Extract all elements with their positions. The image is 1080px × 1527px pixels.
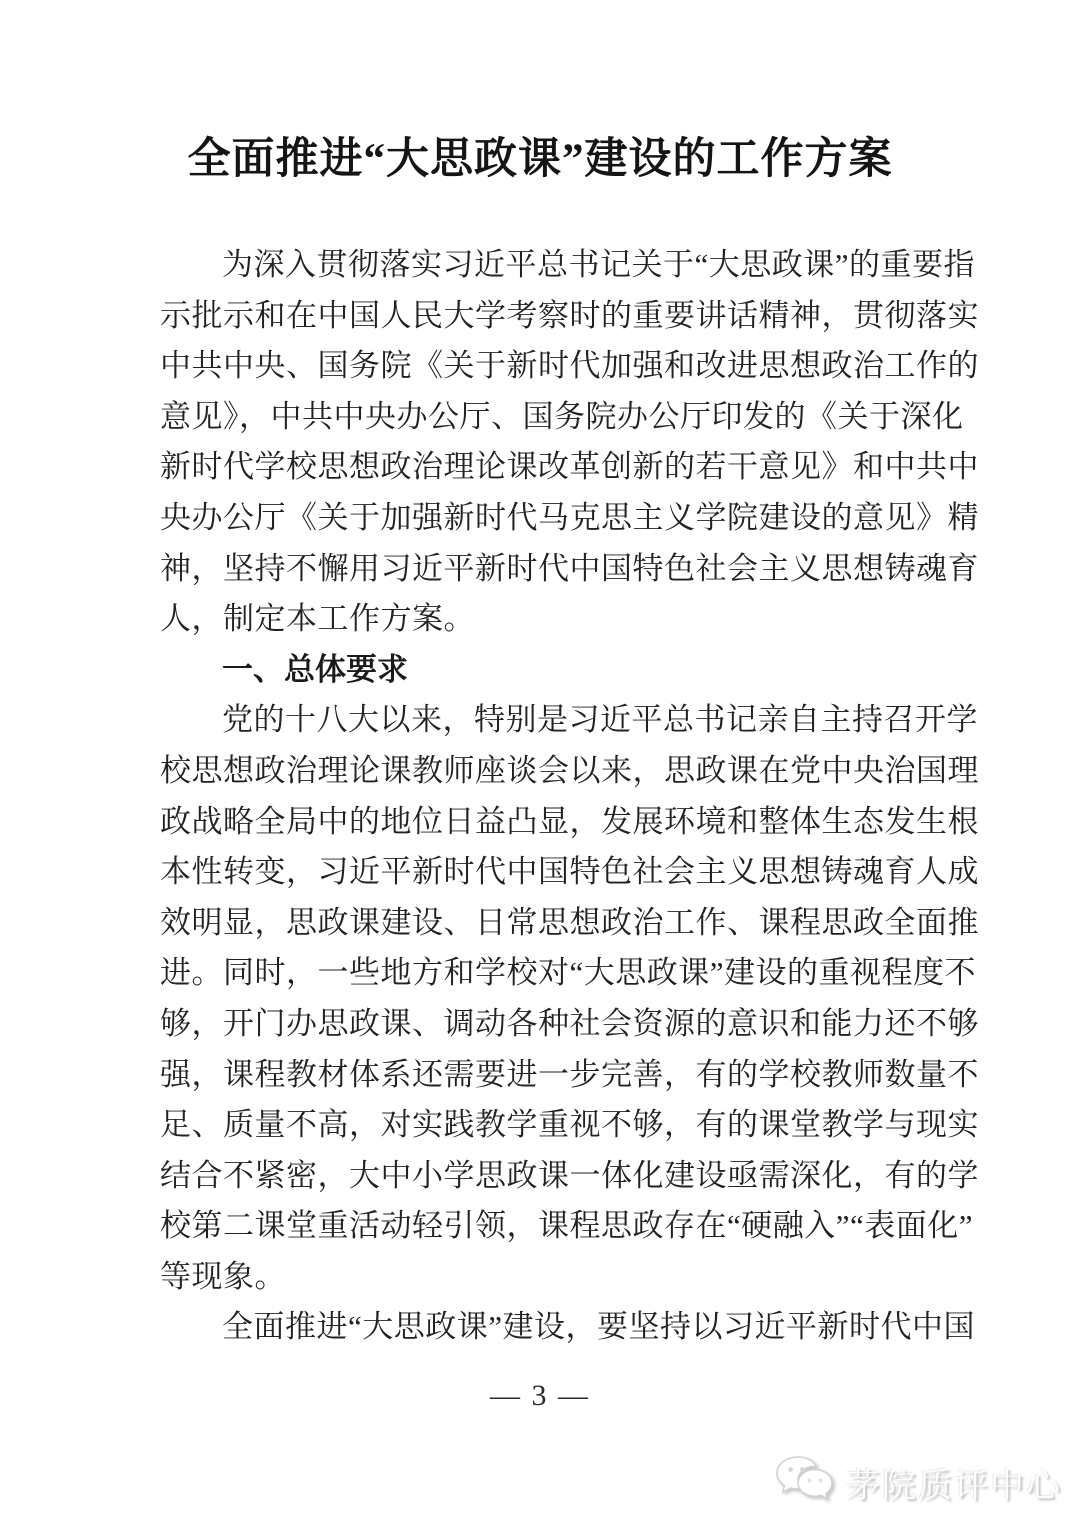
text-line: 够，开门办思政课、调动各种社会资源的意识和能力还不够 <box>160 999 920 1050</box>
text-line: 神，坚持不懈用习近平新时代中国特色社会主义思想铸魂育 <box>160 544 920 595</box>
intro-paragraph: 为深入贯彻落实习近平总书记关于“大思政课”的重要指 示批示和在中国人民大学考察时… <box>160 240 920 645</box>
page-number: — 3 — <box>0 1379 1080 1413</box>
text-line: 效明显，思政课建设、日常思想政治工作、课程思政全面推 <box>160 898 920 949</box>
text-line: 中共中央、国务院《关于新时代加强和改进思想政治工作的 <box>160 341 920 392</box>
watermark: 茅院质评中心 <box>774 1454 1062 1511</box>
text-line: 央办公厅《关于加强新时代马克思主义学院建设的意见》精 <box>160 493 920 544</box>
text-line: 政战略全局中的地位日益凸显，发展环境和整体生态发生根 <box>160 797 920 848</box>
page-title: 全面推进“大思政课”建设的工作方案 <box>0 0 1080 186</box>
text-line: 校第二课堂重活动轻引领，课程思政存在“硬融入”“表面化” <box>160 1201 920 1252</box>
text-line: 示批示和在中国人民大学考察时的重要讲话精神，贯彻落实 <box>160 291 920 342</box>
text-line: 等现象。 <box>160 1252 920 1303</box>
overall-requirements-paragraph: 党的十八大以来，特别是习近平总书记亲自主持召开学 校思想政治理论课教师座谈会以来… <box>160 695 920 1302</box>
closing-paragraph-start: 全面推进“大思政课”建设，要坚持以习近平新时代中国 <box>160 1302 920 1353</box>
text-line: 新时代学校思想政治理论课改革创新的若干意见》和中共中 <box>160 442 920 493</box>
text-line: 本性转变，习近平新时代中国特色社会主义思想铸魂育人成 <box>160 847 920 898</box>
text-line: 党的十八大以来，特别是习近平总书记亲自主持召开学 <box>160 695 920 746</box>
document-page: 全面推进“大思政课”建设的工作方案 为深入贯彻落实习近平总书记关于“大思政课”的… <box>0 0 1080 1527</box>
text-line: 足、质量不高，对实践教学重视不够，有的课堂教学与现实 <box>160 1100 920 1151</box>
text-line: 结合不紧密，大中小学思政课一体化建设亟需深化，有的学 <box>160 1151 920 1202</box>
text-line: 强，课程教材体系还需要进一步完善，有的学校教师数量不 <box>160 1050 920 1101</box>
text-line: 全面推进“大思政课”建设，要坚持以习近平新时代中国 <box>160 1302 920 1353</box>
section-heading-overall-requirements: 一、总体要求 <box>160 645 920 696</box>
text-line: 校思想政治理论课教师座谈会以来，思政课在党中央治国理 <box>160 746 920 797</box>
watermark-label: 茅院质评中心 <box>846 1458 1062 1507</box>
text-line: 人，制定本工作方案。 <box>160 594 920 645</box>
text-line: 为深入贯彻落实习近平总书记关于“大思政课”的重要指 <box>160 240 920 291</box>
document-body: 为深入贯彻落实习近平总书记关于“大思政课”的重要指 示批示和在中国人民大学考察时… <box>160 240 920 1353</box>
text-line: 意见》，中共中央办公厅、国务院办公厅印发的《关于深化 <box>160 392 920 443</box>
wechat-logo-icon <box>774 1454 836 1511</box>
text-line: 进。同时，一些地方和学校对“大思政课”建设的重视程度不 <box>160 948 920 999</box>
